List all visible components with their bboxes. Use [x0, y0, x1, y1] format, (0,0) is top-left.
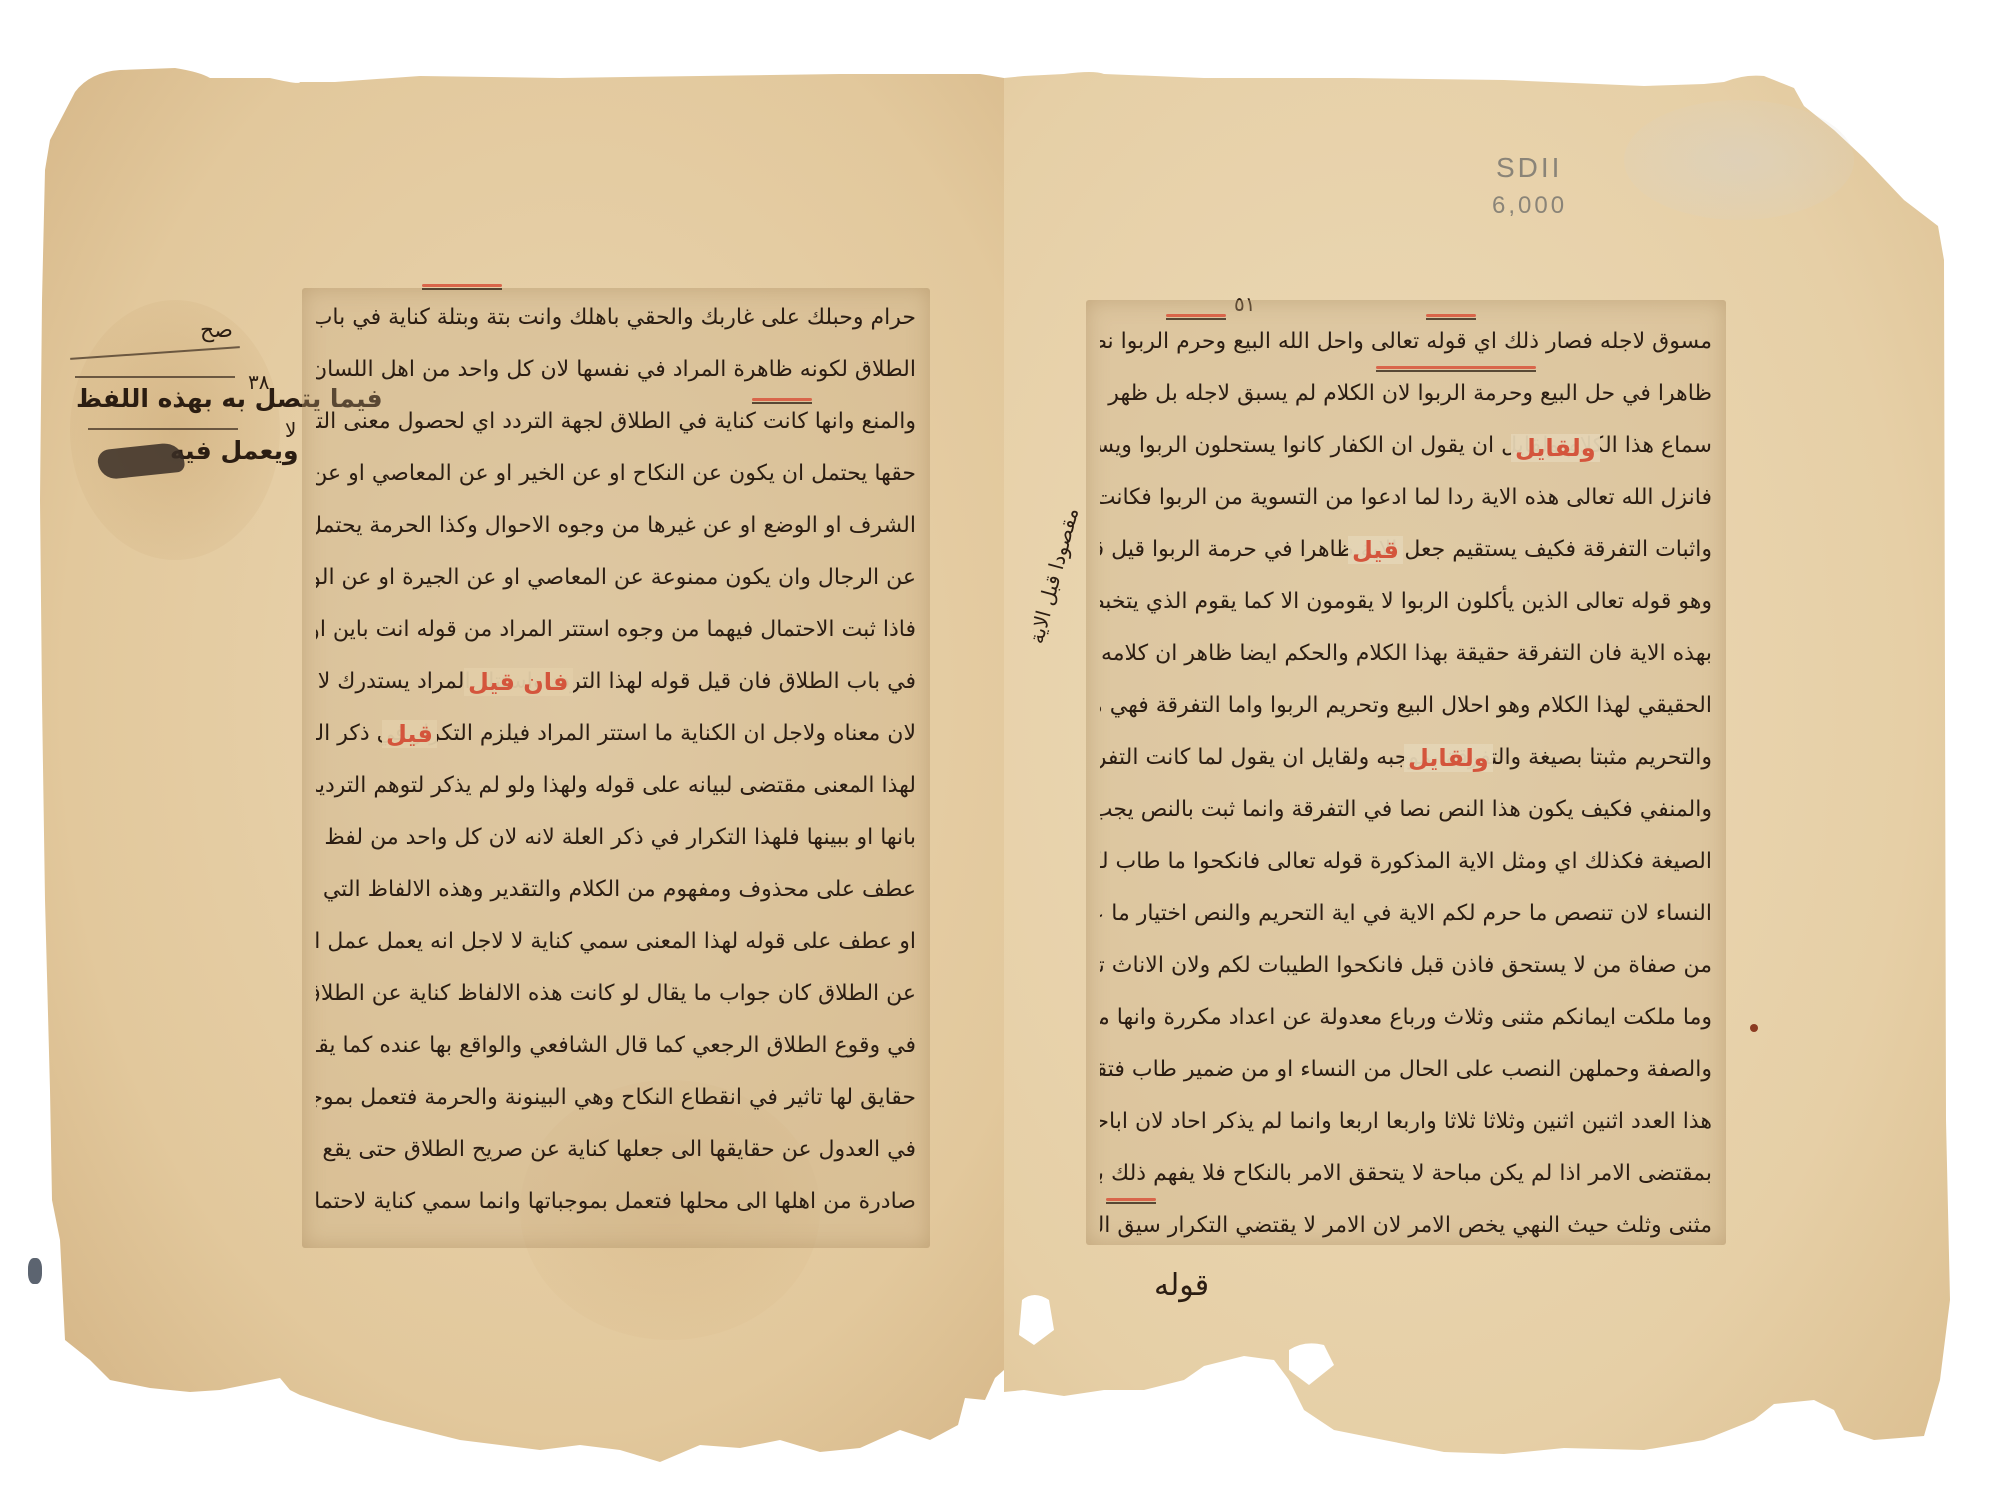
- text-line: الحقيقي لهذا الكلام وهو احلال البيع وتحر…: [1100, 680, 1712, 732]
- rubric-qila: قيل: [1348, 536, 1403, 564]
- text-line: في وقوع الطلاق الرجعي كما قال الشافعي وا…: [316, 1020, 916, 1072]
- margin-note-line-2: ويعمل فيه: [170, 436, 299, 465]
- text-line: من صفاة من لا يستحق فاذن قبل فانكحوا الط…: [1100, 940, 1712, 992]
- left-leaf: صح فيما يتصل به بهذه اللفظ ويعمل فيه ٣٨ …: [0, 0, 1010, 1498]
- text-line: بهذه الاية فان التفرقة حقيقة بهذا الكلام…: [1100, 628, 1712, 680]
- pencil-annotation-price: 6,000: [1492, 192, 1567, 220]
- text-line: بمقتضى الامر اذا لم يكن مباحة لا يتحقق ا…: [1100, 1148, 1712, 1200]
- text-line: هذا العدد اثنين اثنين وثلاثا ثلاثا واربع…: [1100, 1096, 1712, 1148]
- rubric-qila: قيل: [382, 720, 437, 748]
- text-line: عن الطلاق كان جواب ما يقال لو كانت هذه ا…: [316, 968, 916, 1020]
- margin-rule: [75, 376, 235, 378]
- margin-header-mark: صح: [200, 318, 233, 343]
- text-line: حرام وحبلك على غاربك والحقي باهلك وانت ب…: [316, 292, 916, 344]
- text-line: فانزل الله تعالى هذه الاية ردا لما ادعوا…: [1100, 472, 1712, 524]
- text-line: في العدول عن حقايقها الى جعلها كناية عن …: [316, 1124, 916, 1176]
- right-leaf: SDII 6,000 ٥١ مقصودا قبل الاية مسوق لاجل…: [1004, 0, 2000, 1498]
- text-line: النساء لان تنصص ما حرم لكم الاية في اية …: [1100, 888, 1712, 940]
- text-line: والمنع وانها كانت كناية في الطلاق لجهة ا…: [316, 396, 916, 448]
- text-line: ظاهرا في حل البيع وحرمة الربوا لان الكلا…: [1100, 368, 1712, 420]
- text-line: او عطف على قوله لهذا المعنى سمي كناية لا…: [316, 916, 916, 968]
- catchword: قوله: [1154, 1268, 1209, 1303]
- rubric-wa-li-qa-il: ولقايل: [1404, 744, 1493, 772]
- rubric-fa-in-qila: فان قيل: [464, 668, 573, 696]
- text-line: الطلاق لكونه ظاهرة المراد في نفسها لان ك…: [316, 344, 916, 396]
- text-line: الصيغة فكذلك اي ومثل الاية المذكورة قوله…: [1100, 836, 1712, 888]
- text-line: واثبات التفرقة فكيف يستقيم جعل الاية ظاه…: [1100, 524, 1712, 576]
- text-line: بانها او ببينها فلهذا التكرار في ذكر الع…: [316, 812, 916, 864]
- text-line: في باب الطلاق فان قيل قوله لهذا التردد و…: [316, 656, 916, 708]
- text-line: مثنى وثلث حيث النهي يخص الامر لان الامر …: [1100, 1200, 1712, 1252]
- text-line: حقايق لها تاثير في انقطاع النكاح وهي الب…: [316, 1072, 916, 1124]
- text-line: فاذا ثبت الاحتمال فيهما من وجوه استتر ال…: [316, 604, 916, 656]
- right-text-block: مسوق لاجله فصار ذلك اي قوله تعالى واحل ا…: [1086, 300, 1726, 1245]
- text-line: حقها يحتمل ان يكون عن النكاح او عن الخير…: [316, 448, 916, 500]
- text-line: وما ملكت ايمانكم مثنى وثلاث ورباع معدولة…: [1100, 992, 1712, 1044]
- text-line: سماع هذا الكلام ولقايل ان يقول ان الكفار…: [1100, 420, 1712, 472]
- margin-mark: ﻻ: [285, 418, 296, 442]
- margin-side-mark: ٣٨: [248, 370, 269, 394]
- text-line: الشرف او الوضع او عن غيرها من وجوه الاحو…: [316, 500, 916, 552]
- text-line: والصفة وحملهن النصب على الحال من النساء …: [1100, 1044, 1712, 1096]
- margin-rule: [88, 428, 238, 430]
- text-line: لهذا المعنى مقتضى لبيانه على قوله ولهذا …: [316, 760, 916, 812]
- rubric-overline: [422, 284, 502, 287]
- text-line: وهو قوله تعالى الذين يأكلون الربوا لا يق…: [1100, 576, 1712, 628]
- left-text-block: حرام وحبلك على غاربك والحقي باهلك وانت ب…: [302, 288, 930, 1248]
- text-segment: في باب الطلاق فان قيل قوله لهذا التردد و…: [316, 669, 916, 694]
- text-line: مسوق لاجله فصار ذلك اي قوله تعالى واحل ا…: [1100, 316, 1712, 368]
- text-line: عن الرجال وان يكون ممنوعة عن المعاصي او …: [316, 552, 916, 604]
- rubric-wa-li-qa-il: ولقايل: [1511, 434, 1600, 462]
- text-line: والمنفي فكيف يكون هذا النص نصا في التفرق…: [1100, 784, 1712, 836]
- text-line: عطف على محذوف ومفهوم من الكلام والتقدير …: [316, 864, 916, 916]
- pencil-annotation-shelfmark: SDII: [1496, 152, 1562, 184]
- text-line: صادرة من اهلها الى محلها فتعمل بموجباتها…: [316, 1176, 916, 1228]
